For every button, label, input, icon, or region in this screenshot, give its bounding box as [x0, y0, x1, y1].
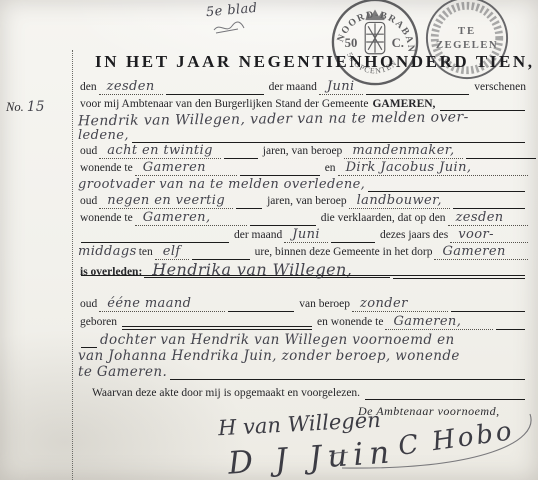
- occupation2-written: landbouwer,: [349, 194, 450, 209]
- form-line-age2: oud negen en veertig jaren, van beroep l…: [78, 194, 528, 209]
- daypart-written: voor-: [450, 228, 528, 243]
- label-en: en: [323, 161, 338, 175]
- declarant1-text: Hendrik van Willegen, vader van na te me…: [78, 109, 469, 129]
- label-verschenen: verschenen: [472, 80, 528, 94]
- fill-rule: [192, 245, 250, 260]
- declarant2-name: Dirk Jacobus Juin,: [338, 161, 528, 176]
- hour-written: elf: [155, 245, 189, 260]
- death-certificate-scan: 5e blad NOORD-BRABANT 50 OPCENTEN 50 C.: [0, 0, 538, 480]
- record-number-value: 15: [27, 99, 45, 115]
- declarant2-text: grootvader van na te melden overledene,: [78, 177, 365, 192]
- label-is-overleden: is overleden:: [78, 265, 144, 279]
- child-residence-written: Gameren,: [385, 315, 493, 330]
- signature-flourish-icon: [330, 408, 535, 478]
- label-jaren-beroep: jaren, van beroep: [261, 144, 345, 158]
- label-oud: oud: [78, 144, 99, 158]
- form-line-age1: oud acht en twintig jaren, van beroep ma…: [78, 144, 528, 159]
- death-day-written: zesden: [448, 211, 528, 226]
- age2-written: negen en veertig: [99, 194, 233, 209]
- fill-rule: [224, 144, 258, 159]
- sheet-note: 5e blad: [205, 1, 258, 20]
- parents1-text: dochter van Hendrik van Willegen voornoe…: [100, 332, 455, 348]
- label-jaren-beroep: jaren, van beroep: [265, 194, 349, 208]
- crown-shield-icon: [365, 11, 385, 54]
- declarant1-cont-text: ledene,: [78, 128, 129, 143]
- label-geboren: geboren: [78, 315, 119, 329]
- stamp-line2: ZEGELEN: [436, 39, 498, 51]
- hw-declarant1-cont: ledene,: [78, 128, 528, 143]
- label-ten: ten: [137, 245, 155, 259]
- fill-rule: [166, 80, 264, 95]
- fill-rule: [250, 211, 316, 226]
- residence1-written: Gameren: [135, 161, 237, 176]
- label-dezes-jaars: dezes jaars des: [378, 228, 450, 242]
- stamp-line1: TE: [458, 25, 476, 37]
- fill-rule: [368, 177, 525, 192]
- age1-written: acht en twintig: [99, 144, 221, 159]
- death-month-written: Juni: [284, 228, 328, 243]
- label-ure-gemeente-dorp: ure, binnen deze Gemeente in het dorp: [253, 245, 435, 259]
- daypart-cont-written: middags: [78, 245, 137, 259]
- hw-parents1: dochter van Hendrik van Willegen voornoe…: [78, 332, 528, 348]
- paraph-flourish-icon: [212, 20, 246, 36]
- record-number-label: No.: [6, 100, 24, 114]
- hw-declarant1: Hendrik van Willegen, vader van na te me…: [78, 109, 528, 130]
- revenue-stamp-icon: NOORD-BRABANT 50 OPCENTEN 50 C.: [328, 0, 422, 88]
- form-line-date: den zesden der maand Juni verschenen: [78, 80, 528, 95]
- fill-rule: [170, 364, 525, 380]
- fill-rule: [393, 263, 525, 279]
- occupation1-written: mandenmaker,: [344, 144, 462, 159]
- fill-rule: [228, 297, 294, 312]
- registrar-text: voor mij Ambtenaar van den Burgerlijken …: [78, 97, 370, 111]
- form-line-residence2: wonende te Gameren, die verklaarden, dat…: [78, 211, 528, 226]
- child-age-written: ééne maand: [99, 297, 225, 312]
- form-line-born: geboren en wonende te Gameren,: [78, 315, 528, 330]
- fill-rule: [466, 144, 536, 159]
- form-line-deceased: is overleden: Hendrika van Willegen,: [78, 263, 528, 279]
- parents2-text: van Johanna Hendrika Juin, zonder beroep…: [78, 348, 460, 364]
- label-wonende-te: wonende te: [78, 211, 135, 225]
- child-occupation-written: zonder: [352, 297, 448, 312]
- label-oud: oud: [78, 194, 99, 208]
- fill-rule: [451, 297, 525, 312]
- separator-rule-line: [78, 275, 528, 276]
- label-verklaarden: die verklaarden, dat op den: [319, 211, 448, 225]
- label-der-maand: der maand: [267, 80, 319, 94]
- hw-parents2: van Johanna Hendrika Juin, zonder beroep…: [78, 348, 528, 364]
- te-zegelen-stamp: TE ZEGELEN: [422, 0, 512, 87]
- hw-declarant2: grootvader van na te melden overledene,: [78, 177, 528, 192]
- double-fill-rule: [122, 315, 312, 330]
- label-den: den: [78, 80, 99, 94]
- full-width-rule: [81, 275, 525, 276]
- record-number: No. 15: [6, 99, 45, 115]
- hw-parents3: te Gameren.: [78, 364, 528, 380]
- label-oud: oud: [78, 297, 99, 311]
- fill-rule: [81, 332, 97, 348]
- label-der-maand: der maand: [232, 228, 284, 242]
- closing-text: Waarvan deze akte door mij is opgemaakt …: [78, 386, 362, 400]
- day-written: zesden: [99, 80, 163, 95]
- death-place-written: Gameren: [434, 245, 528, 260]
- stamp-value-right: C.: [392, 36, 404, 50]
- stamp-value-left: 50: [345, 36, 358, 50]
- form-line-child-age: oud ééne maand van beroep zonder: [78, 297, 528, 312]
- fill-rule: [240, 161, 320, 176]
- month-written: Juni: [319, 80, 363, 95]
- form-line-month: der maand Juni dezes jaars des voor-: [78, 228, 528, 243]
- fill-rule: [453, 194, 525, 209]
- fill-rule: [236, 194, 262, 209]
- fill-rule: [331, 228, 375, 243]
- parents3-text: te Gameren.: [78, 364, 167, 380]
- label-van-beroep: van beroep: [297, 297, 352, 311]
- label-en-wonende-te: en wonende te: [315, 315, 385, 329]
- fill-rule: [496, 315, 525, 330]
- residence2-written: Gameren,: [135, 211, 247, 226]
- form-line-closing: Waarvan deze akte door mij is opgemaakt …: [78, 386, 528, 400]
- fill-rule: [132, 128, 525, 143]
- form-line-residence1: wonende te Gameren en Dirk Jacobus Juin,: [78, 161, 528, 176]
- fill-rule: [81, 228, 229, 243]
- page-title: IN HET JAAR NEGENTIENHONDERD TIEN,: [95, 52, 535, 72]
- fill-rule: [366, 80, 470, 95]
- fill-rule: [365, 386, 525, 400]
- margin-divider: [72, 50, 73, 480]
- form-line-hour: middags ten elf ure, binnen deze Gemeent…: [78, 245, 528, 260]
- label-wonende-te: wonende te: [78, 161, 135, 175]
